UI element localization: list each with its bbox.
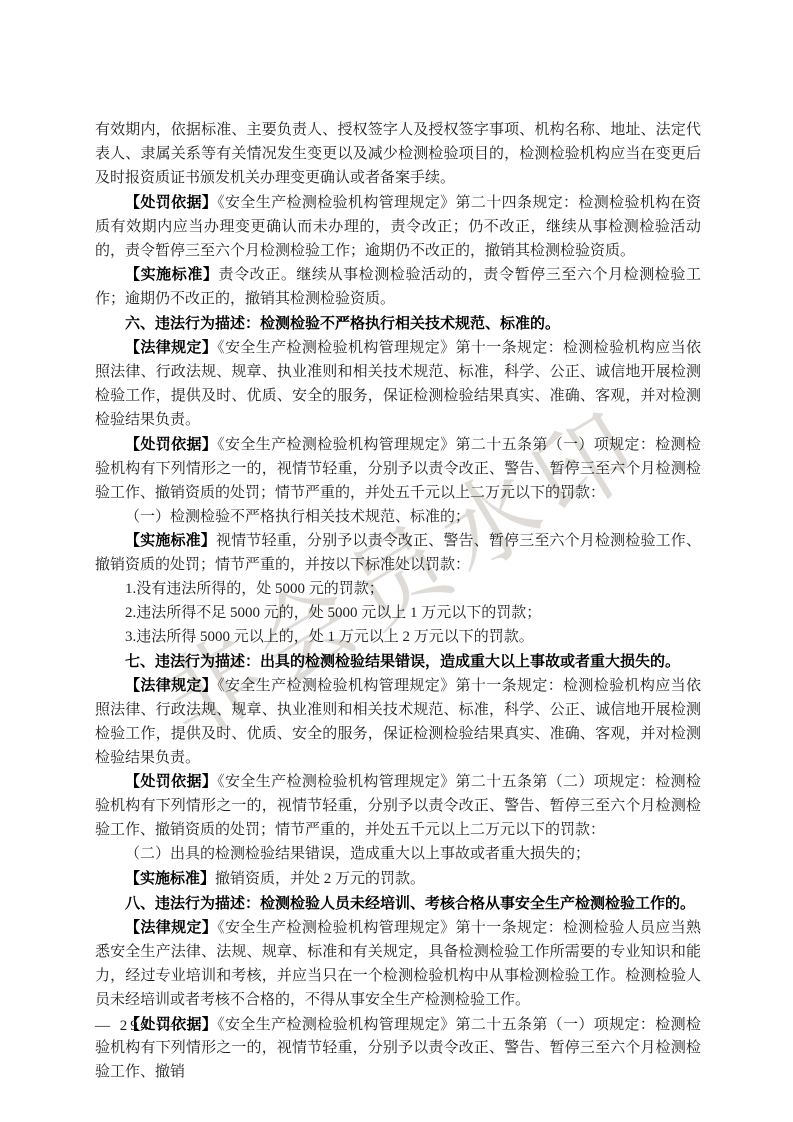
paragraph-text: 六、违法行为描述：检测检验不严格执行相关技术规范、标准的。 <box>125 315 560 332</box>
paragraph-text: 3.违法所得 5000 元以上的，处 1 万元以上 2 万元以下的罚款。 <box>125 629 534 645</box>
paragraph-implementation-standard: 【实施标准】视情节轻重，分别予以责令改正、警告、暂停三至六个月检测检验工作、撤销… <box>95 529 701 578</box>
paragraph-continuation: 有效期内，依据标准、主要负责人、授权签字人及授权签字事项、机构名称、地址、法定代… <box>95 119 701 191</box>
paragraph-legal-provision: 【法律规定】《安全生产检测检验机构管理规定》第十一条规定：检测检验人员应当熟悉安… <box>95 916 701 1013</box>
section-heading-six: 六、违法行为描述：检测检验不严格执行相关技术规范、标准的。 <box>95 312 701 336</box>
paragraph-text: （二）出具的检测检验结果错误，造成重大以上事故或者重大损失的； <box>125 846 590 862</box>
section-heading-seven: 七、违法行为描述：出具的检测检验结果错误，造成重大以上事故或者重大损失的。 <box>95 650 701 674</box>
paragraph-label: 【法律规定】 <box>125 919 217 936</box>
paragraph-implementation-standard: 【实施标准】责令改正。继续从事检测检验活动的，责令暂停三至六个月检测检验工作；逾… <box>95 263 701 312</box>
paragraph-label: 【处罚依据】 <box>125 194 217 211</box>
paragraph-label: 【法律规定】 <box>125 677 217 694</box>
paragraph-text: 七、违法行为描述：出具的检测检验结果错误，造成重大以上事故或者重大损失的。 <box>125 653 680 670</box>
paragraph-subitem-two: （二）出具的检测检验结果错误，造成重大以上事故或者重大损失的； <box>95 843 701 867</box>
paragraph-label: 【处罚依据】 <box>125 436 217 453</box>
page-number: — 294 — <box>95 1018 176 1035</box>
paragraph-penalty-basis: 【处罚依据】《安全生产检测检验机构管理规定》第二十四条规定：检测检验机构在资质有… <box>95 191 701 264</box>
paragraph-fine-item-2: 2.违法所得不足 5000 元的，处 5000 元以上 1 万元以下的罚款； <box>95 602 701 626</box>
paragraph-fine-item-3: 3.违法所得 5000 元以上的，处 1 万元以上 2 万元以下的罚款。 <box>95 626 701 650</box>
paragraph-text: 1.没有违法所得的，处 5000 元的罚款； <box>125 581 384 597</box>
paragraph-text: 有效期内，依据标准、主要负责人、授权签字人及授权签字事项、机构名称、地址、法定代… <box>95 122 701 186</box>
paragraph-penalty-basis: 【处罚依据】《安全生产检测检验机构管理规定》第二十五条第（二）项规定：检测检验机… <box>95 770 701 843</box>
paragraph-subitem-one: （一）检测检验不严格执行相关技术规范、标准的； <box>95 506 701 530</box>
paragraph-implementation-standard: 【实施标准】撤销资质，并处 2 万元的罚款。 <box>95 867 701 892</box>
document-body: 有效期内，依据标准、主要负责人、授权签字人及授权签字事项、机构名称、地址、法定代… <box>95 119 701 1085</box>
paragraph-legal-provision: 【法律规定】《安全生产检测检验机构管理规定》第十一条规定：检测检验机构应当依照法… <box>95 674 701 771</box>
paragraph-label: 【实施标准】 <box>125 532 216 549</box>
paragraph-text: 2.违法所得不足 5000 元的，处 5000 元以上 1 万元以下的罚款； <box>125 605 541 621</box>
paragraph-penalty-basis: 【处罚依据】《安全生产检测检验机构管理规定》第二十五条第（一）项规定：检测检验机… <box>95 433 701 506</box>
document-page: 非会员水印 有效期内，依据标准、主要负责人、授权签字人及授权签字事项、机构名称、… <box>0 0 793 1122</box>
paragraph-label: 【处罚依据】 <box>125 773 217 790</box>
paragraph-text: 撤销资质，并处 2 万元的罚款。 <box>215 871 425 887</box>
paragraph-label: 【实施标准】 <box>125 870 215 887</box>
paragraph-text: （一）检测检验不严格执行相关技术规范、标准的； <box>125 509 470 525</box>
paragraph-label: 【法律规定】 <box>125 339 217 356</box>
section-heading-eight: 八、违法行为描述：检测检验人员未经培训、考核合格从事安全生产检测检验工作的。 <box>95 892 701 916</box>
paragraph-penalty-basis-cutoff: 【处罚依据】《安全生产检测检验机构管理规定》第二十五条第（一）项规定：检测检验机… <box>95 1013 701 1086</box>
paragraph-label: 【实施标准】 <box>125 266 219 283</box>
paragraph-legal-provision: 【法律规定】《安全生产检测检验机构管理规定》第十一条规定：检测检验机构应当依照法… <box>95 336 701 433</box>
paragraph-text: 八、违法行为描述：检测检验人员未经培训、考核合格从事安全生产检测检验工作的。 <box>125 895 695 912</box>
paragraph-fine-item-1: 1.没有违法所得的，处 5000 元的罚款； <box>95 578 701 602</box>
